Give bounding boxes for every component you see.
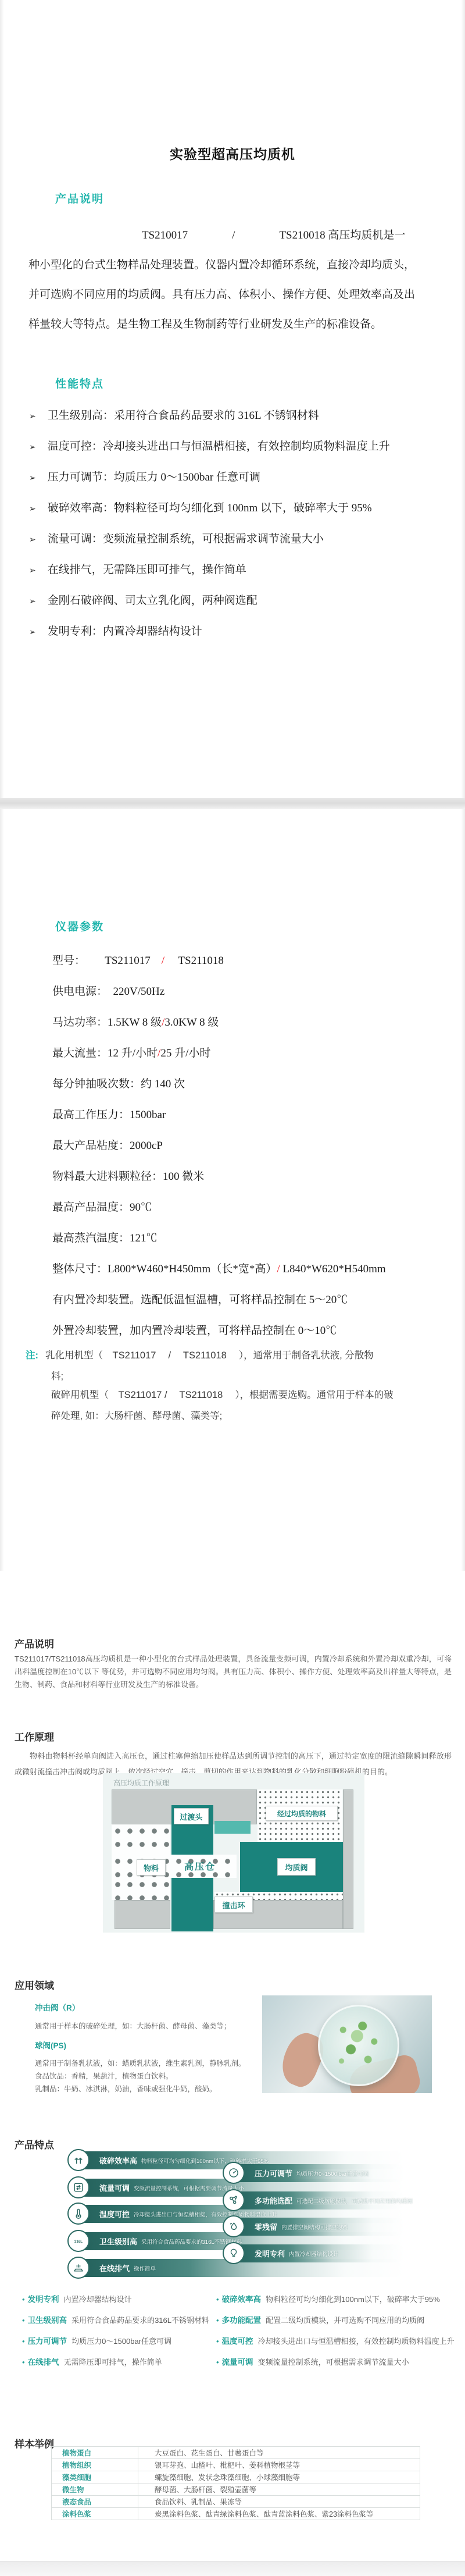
ball-valve-line: 食品饮品：香精，果蔬汁，植物蛋白饮料。 [35, 2070, 246, 2083]
bullet-arrow-icon: ➢ [29, 504, 36, 514]
intro-line: 并可选购不同应用的均质阀。具有压力高、体积小、操作方便、处理效率高及出 [28, 280, 435, 309]
bullet-term: 在线排气 [28, 2358, 59, 2367]
param-segment: 最高产品温度：90℃ [52, 1201, 152, 1214]
table-row: 藻类细胞螺旋藻细胞、发状念珠藻细胞、小球藻细胞等 [52, 2471, 420, 2484]
instrument-params-heading: 仪器参数 [55, 918, 104, 934]
impact-ring-label: 撞击环 [214, 1897, 253, 1913]
sample-category: 涂料色浆 [52, 2508, 138, 2520]
feature-bullet-item: •温度可控冷却接头进出口与恒温槽相接，有效控制均质物料温度上升 [216, 2335, 460, 2347]
pill-desc: 物料粒径可均匀细化到100nm以下，破碎率大于95% [141, 2157, 269, 2165]
param-segment: 外置冷却装置，加内置冷却装置，可将样品控制在 0～10℃ [52, 1325, 337, 1337]
sample-examples-table: 植物蛋白大豆蛋白、花生蛋白、甘薯蛋白等植物组织银耳芽孢、山楂叶、枇杷叶、姜科植物… [51, 2446, 420, 2520]
bullet-dot-icon: • [216, 2295, 219, 2304]
param-segment: TS211018 [164, 955, 224, 967]
bullet-dot-icon: • [216, 2337, 219, 2346]
diagram-title: 高压均质工作原理 [113, 1778, 169, 1788]
s316-icon: 316L [67, 2230, 90, 2252]
thermometer-icon [67, 2203, 90, 2225]
impact-valve-text: 通常用于样本的破碎处理，如：大肠杆菌、酵母菌、藻类等； [35, 2020, 231, 2033]
feature-item: ➢破碎效率高：物料粒径可均匀细化到 100nm 以下，破碎率大于 95% [29, 493, 453, 524]
param-row: 供电电源： 220V/50Hz [52, 976, 459, 1007]
pill-title: 卫生级别高 [99, 2236, 137, 2247]
pill-desc: 内置排空阀结构可排空物料 [281, 2223, 348, 2231]
page-right-edge [461, 0, 465, 1571]
param-row: 马达功率：1.5KW 8 级/3.0KW 8 级 [52, 1007, 459, 1038]
flow-icon [67, 2176, 90, 2198]
feature-bullets-left: •发明专利内置冷却器结构设计•卫生级别高采用符合食品药品要求的316L不锈钢材料… [22, 2293, 214, 2377]
bullet-arrow-icon: ➢ [29, 412, 36, 421]
bullet-term: 破碎效率高 [222, 2295, 262, 2304]
feature-item: ➢流量可调：变频流量控制系统，可根据需求调节流量大小 [29, 524, 453, 554]
feature-item: ➢压力可调节：均质压力 0～1500bar 任意可调 [29, 462, 453, 493]
bullet-desc: 变频流量控制系统，可根据需求调节流量大小 [258, 2358, 409, 2367]
feature-text: 破碎效率高：物料粒径可均匀细化到 100nm 以下，破碎率大于 95% [48, 502, 372, 514]
impact-valve-heading: 冲击阀（R） [35, 2001, 80, 2013]
sample-examples-heading: 样本举例 [15, 2436, 54, 2450]
feature-item: ➢在线排气，无需降压即可排气，操作简单 [29, 554, 453, 585]
transition-head-label: 过渡头 [174, 1808, 209, 1824]
feature-bullet-item: •压力可调节均质压力0～1500bar任意可调 [22, 2335, 214, 2347]
feature-bullet-item: •卫生级别高采用符合食品药品要求的316L不锈钢材料 [22, 2314, 214, 2326]
bullet-desc: 物料粒径可均匀细化到100nm以下，破碎率大于95% [266, 2295, 440, 2304]
feature-pills: 破碎效率高物料粒径可均匀细化到100nm以下，破碎率大于95%流量可调变频流量控… [0, 2147, 465, 2286]
page-title: 实验型超高压均质机 [0, 144, 465, 163]
bullet-term: 温度可控 [222, 2337, 253, 2346]
arrows-up-icon [67, 2149, 90, 2171]
param-row: 最大产品粘度：2000cP [52, 1130, 459, 1161]
feature-text: 卫生级别高：采用符合食品药品要求的 316L 不锈钢材料 [48, 410, 319, 422]
param-segment: 最高工作压力：1500bar [52, 1109, 166, 1121]
intro-line: 样量较大等特点。是生物工程及生物制药等行业研发及生产的标准设备。 [28, 309, 435, 339]
bulb-icon [223, 2242, 245, 2264]
param-row: 每分钟抽吸次数：约 140 次 [52, 1069, 459, 1100]
bullet-dot-icon: • [22, 2358, 25, 2367]
bullet-term: 流量可调 [222, 2358, 253, 2367]
pill-desc: 冷却接头进出口与恒温槽相接，有效控制均质物料温度上升 [134, 2210, 277, 2218]
feature-item: ➢卫生级别高：采用符合食品药品要求的 316L 不锈钢材料 [29, 400, 453, 431]
param-row: 有内置冷却装置。选配低温恒温槽，可将样品控制在 5～20℃ [52, 1285, 459, 1315]
param-row: 整体尺寸：L800*W460*H450mm（长*宽*高）/ L840*W620*… [52, 1254, 459, 1285]
feature-item: ➢发明专利：内置冷却器结构设计 [29, 616, 453, 647]
bullet-desc: 内置冷却器结构设计 [64, 2295, 132, 2304]
bullet-term: 压力可调节 [28, 2337, 67, 2346]
table-row: 植物蛋白大豆蛋白、花生蛋白、甘薯蛋白等 [52, 2447, 420, 2459]
sample-category: 藻类细胞 [52, 2471, 138, 2484]
bullet-desc: 均质压力0～1500bar任意可调 [71, 2337, 171, 2346]
web-product-desc-heading: 产品说明 [15, 1636, 54, 1650]
intro-line: TS210017 / TS210018 高压均质机是一 [28, 220, 435, 250]
footer-band [0, 2561, 465, 2576]
pill-desc: 操作简单 [134, 2264, 156, 2272]
product-desc-heading: 产品说明 [55, 190, 104, 206]
feature-item: ➢温度可控：冷却接头进出口与恒温槽相接，有效控制均质物料温度上升 [29, 431, 453, 462]
feature-pill-molecule: 多功能选配可选配二级均质模块，可选购不同应用的均质阀 [224, 2191, 405, 2209]
feature-text: 在线排气，无需降压即可排气，操作简单 [48, 564, 246, 576]
feature-text: 压力可调节：均质压力 0～1500bar 任意可调 [48, 471, 260, 483]
ball-valve-line: 乳制品：牛奶、冰淇淋，奶油，香味或强化牛奶，酸奶。 [35, 2083, 246, 2095]
section-divider [0, 798, 465, 809]
bullet-arrow-icon: ➢ [29, 474, 36, 483]
pill-title: 压力可调节 [255, 2168, 292, 2179]
bullet-dot-icon: • [216, 2316, 219, 2325]
feature-bullet-item: •多功能配置配置二级均质模块，并可选购不同应用的均质阀 [216, 2314, 460, 2326]
sample-category: 液态食品 [52, 2496, 138, 2508]
pill-title: 破碎效率高 [99, 2155, 137, 2166]
param-row: 最高蒸汽温度：121℃ [52, 1223, 459, 1254]
param-segment: 3.0KW 8 级 [164, 1016, 219, 1029]
gauge-icon [223, 2162, 245, 2184]
bullet-term: 卫生级别高 [28, 2316, 67, 2325]
working-principle-heading: 工作原理 [15, 1729, 54, 1744]
note-label: 注: [26, 1345, 38, 1366]
sample-category: 植物组织 [52, 2459, 138, 2471]
param-segment: 马达功率：1.5KW 8 级 [52, 1016, 162, 1029]
feature-bullet-item: •发明专利内置冷却器结构设计 [22, 2293, 214, 2305]
bullet-term: 多功能配置 [222, 2316, 262, 2325]
bullet-desc: 采用符合食品药品要求的316L不锈钢材料 [71, 2316, 209, 2325]
param-row: 外置冷却装置，加内置冷却装置，可将样品控制在 0～10℃ [52, 1315, 459, 1346]
bullet-dot-icon: • [22, 2295, 25, 2304]
homogenizing-valve-label: 均质阀 [277, 1858, 316, 1876]
param-segment: 物料最大进料颗粒径：100 微米 [52, 1170, 204, 1183]
feature-item: ➢金刚石破碎阀、司太立乳化阀，两种阀选配 [29, 585, 453, 616]
homogenized-material-label: 经过均质的物料 [266, 1806, 338, 1821]
bullet-arrow-icon: ➢ [29, 535, 36, 545]
pill-title: 温度可控 [99, 2208, 130, 2219]
feature-pill-gauge: 压力可调节均质压力0~1500 bar任意可调 [224, 2164, 405, 2182]
feature-pill-bulb: 发明专利内置冷却器结构设计 [224, 2244, 405, 2262]
feature-bullet-item: •在线排气无需降压即可排气，操作简单 [22, 2356, 214, 2368]
molecule-icon [223, 2189, 245, 2211]
performance-features-list: ➢卫生级别高：采用符合食品药品要求的 316L 不锈钢材料➢温度可控：冷却接头进… [29, 400, 453, 647]
bullet-arrow-icon: ➢ [29, 443, 36, 452]
param-segment: 有内置冷却装置。选配低温恒温槽，可将样品控制在 5～20℃ [52, 1294, 348, 1306]
pressure-channel-particles [112, 1855, 237, 1878]
pill-desc: 均质压力0~1500 bar任意可调 [296, 2169, 369, 2177]
bullet-arrow-icon: ➢ [29, 597, 36, 606]
performance-features-heading: 性能特点 [55, 375, 104, 391]
ball-valve-line: 通常用于制备乳状液，如：蜡质乳状液，维生素乳剂，静脉乳剂。 [35, 2057, 246, 2070]
feature-bullet-item: •破碎效率高物料粒径可均匀细化到100nm以下，破碎率大于95% [216, 2293, 460, 2305]
pill-title: 在线排气 [99, 2262, 130, 2273]
bullet-dot-icon: • [216, 2358, 219, 2367]
sample-examples: 银耳芽孢、山楂叶、枇杷叶、姜科植物根茎等 [138, 2459, 420, 2471]
lower-plunger-block [171, 1878, 213, 1931]
intro-line: 种小型化的台式生物样品处理装置。仪器内置冷却循环系统，直接冷却均质头， [28, 250, 435, 280]
param-segment: L840*W620*H540mm [280, 1263, 386, 1275]
pill-title: 流量可调 [99, 2182, 130, 2193]
sample-examples: 炭黑涂料色浆、酞青绿涂料色浆、酞青蓝涂料色浆、紫23涂料色浆等 [138, 2508, 420, 2520]
sample-examples: 大豆蛋白、花生蛋白、甘薯蛋白等 [138, 2447, 420, 2459]
param-row: 物料最大进料颗粒径：100 微米 [52, 1161, 459, 1192]
note-line: 料; [26, 1366, 450, 1387]
high-pressure-chamber-label: 高压仓 [184, 1859, 216, 1873]
housing-bottom-left-block [115, 1900, 170, 1929]
inner-sleeve-block [214, 1821, 251, 1834]
sample-category: 植物蛋白 [52, 2447, 138, 2459]
param-segment: 最高蒸汽温度：121℃ [52, 1232, 158, 1244]
web-product-desc-body: TS211017/TS211018高压均质机是一种小型化的台式样品处理装置，具备… [15, 1653, 452, 1691]
feature-text: 金刚石破碎阀、司太立乳化阀，两种阀选配 [48, 595, 257, 607]
param-row: 最高产品温度：90℃ [52, 1192, 459, 1223]
sample-category: 微生物 [52, 2484, 138, 2496]
param-row: 最高工作压力：1500bar [52, 1100, 459, 1130]
bullet-term: 发明专利 [28, 2295, 59, 2304]
table-row: 液态食品食品饮料、乳制品、果冻等 [52, 2496, 420, 2508]
page-left-edge [0, 0, 4, 1571]
svg-text:316L: 316L [74, 2240, 83, 2244]
note-disrupt: 破碎用机型（ TS211017 / TS211018 ），根据需要选购。通常用于… [26, 1385, 450, 1426]
param-segment: 型号： TS211017 [52, 955, 162, 967]
feature-bullet-item: •流量可调变频流量控制系统，可根据需求调节流量大小 [216, 2356, 460, 2368]
pill-desc: 内置冷却器结构设计 [289, 2250, 339, 2258]
bullet-arrow-icon: ➢ [29, 628, 36, 637]
bullet-desc: 配置二级均质模块，并可选购不同应用的均质阀 [266, 2316, 424, 2325]
sample-examples: 酵母菌、大肠杆菌、裂殖壶菌等 [138, 2484, 420, 2496]
droplet-icon [223, 2215, 245, 2237]
note-line: 碎处理, 如：大肠杆菌、酵母菌、藻类等; [26, 1406, 450, 1426]
bullet-dot-icon: • [22, 2337, 25, 2346]
feature-pill-droplet: 零残留内置排空阀结构可排空物料 [224, 2218, 405, 2236]
table-row: 植物组织银耳芽孢、山楂叶、枇杷叶、姜科植物根茎等 [52, 2459, 420, 2471]
feature-text: 发明专利：内置冷却器结构设计 [48, 625, 202, 638]
pill-desc: 可选配二级均质模块，可选购不同应用的均质阀 [296, 2197, 413, 2205]
param-segment: 最大流量：12 升/小时 [52, 1047, 158, 1059]
homogenizing-principle-diagram: 高压均质工作原理 过渡头 物料 高压仓 均质阀 撞击环 经过均质的物料 [103, 1773, 364, 1933]
bullet-arrow-icon: ➢ [29, 566, 36, 575]
instrument-params-list: 型号： TS211017 / TS211018供电电源： 220V/50Hz马达… [52, 945, 459, 1346]
param-row: 型号： TS211017 / TS211018 [52, 945, 459, 976]
sample-examples: 螺旋藻细胞、发状念珠藻细胞、小球藻细胞等 [138, 2471, 420, 2484]
feature-text: 流量可调：变频流量控制系统，可根据需求调节流量大小 [48, 533, 324, 545]
pill-title: 多功能选配 [255, 2195, 292, 2206]
param-segment: 供电电源： 220V/50Hz [52, 985, 164, 998]
product-page: 实验型超高压均质机 产品说明 TS210017 / TS210018 高压均质机… [0, 0, 465, 2576]
note-emulsify: 注: 乳化用机型（ TS211017 / TS211018 ），通常用于制备乳状… [26, 1345, 450, 1387]
ball-valve-heading: 球阀(PS) [35, 2039, 66, 2051]
applications-heading: 应用领域 [15, 1977, 54, 1992]
bullet-desc: 冷却接头进出口与恒温槽相接，有效控制均质物料温度上升 [258, 2337, 455, 2346]
param-segment: 整体尺寸：L800*W460*H450mm（长*宽*高） [52, 1263, 277, 1275]
sample-examples: 食品饮料、乳制品、果冻等 [138, 2496, 420, 2508]
bullet-desc: 无需降压即可排气，操作简单 [64, 2358, 162, 2367]
note-line: 乳化用机型（ TS211017 / TS211018 ），通常用于制备乳状液, … [26, 1345, 450, 1366]
note-line: 破碎用机型（ TS211017 / TS211018 ），根据需要选购。通常用于… [26, 1385, 450, 1406]
petri-dish-photo [262, 1995, 432, 2093]
bullet-dot-icon: • [22, 2316, 25, 2325]
product-intro-paragraph: TS210017 / TS210018 高压均质机是一种小型化的台式生物样品处理… [28, 220, 435, 339]
param-row: 最大流量：12 升/小时/25 升/小时 [52, 1038, 459, 1069]
table-row: 微生物酵母菌、大肠杆菌、裂殖壶菌等 [52, 2484, 420, 2496]
param-segment: 25 升/小时 [160, 1047, 210, 1059]
ball-valve-text: 通常用于制备乳状液，如：蜡质乳状液，维生素乳剂，静脉乳剂。 食品饮品：香精，果蔬… [35, 2057, 246, 2095]
material-label: 物料 [137, 1859, 166, 1876]
pill-title: 发明专利 [255, 2248, 285, 2259]
table-row: 涂料色浆炭黑涂料色浆、酞青绿涂料色浆、酞青蓝涂料色浆、紫23涂料色浆等 [52, 2508, 420, 2520]
param-segment: 每分钟抽吸次数：约 140 次 [52, 1078, 185, 1090]
vent-icon [67, 2257, 90, 2279]
pill-title: 零残留 [255, 2221, 277, 2232]
feature-text: 温度可控：冷却接头进出口与恒温槽相接，有效控制均质物料温度上升 [48, 440, 390, 453]
feature-bullets-right: •破碎效率高物料粒径可均匀细化到100nm以下，破碎率大于95%•多功能配置配置… [216, 2293, 460, 2377]
petri-dish [318, 2005, 399, 2086]
housing-right-bar [343, 1789, 353, 1929]
param-segment: 最大产品粘度：2000cP [52, 1140, 163, 1152]
